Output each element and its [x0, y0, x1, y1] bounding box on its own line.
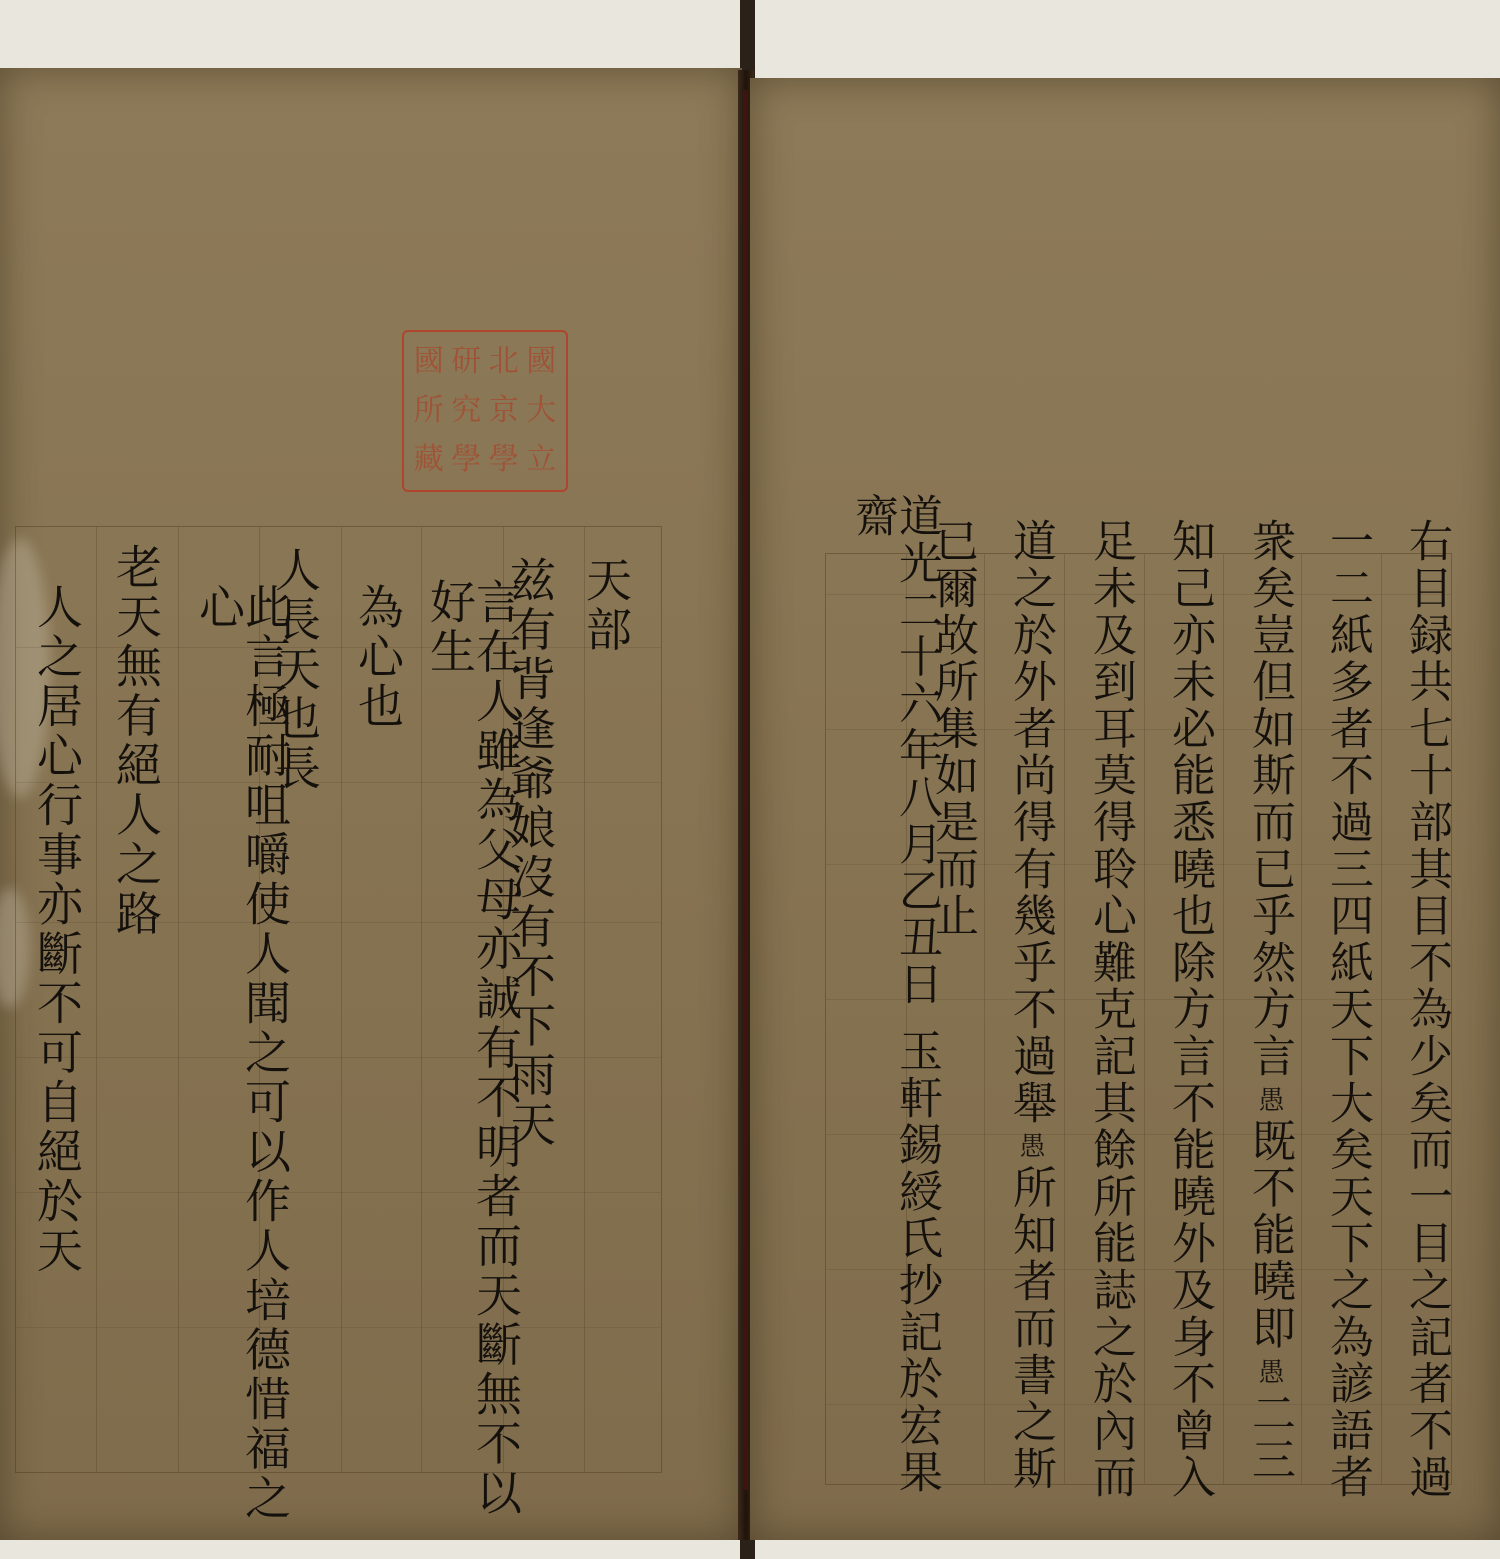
seal-char: 藏: [410, 435, 448, 484]
text-column: 足未及到耳莫得聆心難克記其餘所能誌之於內而: [1088, 518, 1132, 1501]
text-column: 老天無有絕人之路: [113, 543, 159, 939]
colophon-column: 道光二十六年八月乙丑日玉軒錫綬氏抄記於宏果齋: [850, 493, 938, 1540]
text-column: 衆矣豈但如斯而已乎然方言愚既不能曉即愚二三: [1247, 518, 1291, 1483]
seal-char: 研: [448, 338, 486, 387]
text-segment: 所知者而書之斯: [1005, 1164, 1056, 1492]
seal-char: 北: [485, 338, 523, 387]
text-column: 知己亦未必能悉曉也除方言不能曉外及身不曾入: [1167, 518, 1211, 1501]
liner-paper-bottom-left: [0, 1540, 740, 1559]
text-column: 道之於外者尚得有幾乎不過舉愚所知者而書之斯: [1008, 518, 1052, 1492]
seal-char: 大: [523, 387, 561, 436]
text-column: 一二紙多者不過三四紙天下大矣天下之為諺語者: [1325, 518, 1369, 1501]
text-column: 為心也: [355, 583, 401, 732]
collector-seal: 國 研 北 國 所 究 京 大 藏 學 學 立: [402, 330, 568, 492]
liner-paper-bottom-right: [755, 1540, 1500, 1559]
text-segment: 道之於外者尚得有幾乎不過舉: [1005, 518, 1056, 1126]
seal-char: 立: [523, 435, 561, 484]
self-reference-note: 愚: [1254, 1086, 1284, 1112]
text-segment: 二三: [1244, 1390, 1295, 1484]
left-page: 國 研 北 國 所 究 京 大 藏 學 學 立: [0, 68, 742, 1540]
book-spread: 國 研 北 國 所 究 京 大 藏 學 學 立: [0, 0, 1500, 1559]
seal-char: 學: [485, 435, 523, 484]
seal-char: 究: [448, 387, 486, 436]
liner-paper-top-left: [0, 0, 740, 70]
right-page: 右目録共七十部其目不為少矣而一目之記者不過 一二紙多者不過三四紙天下大矣天下之為…: [750, 78, 1500, 1540]
seal-char: 京: [485, 387, 523, 436]
liner-paper-top-right: [755, 0, 1500, 80]
text-column-heading: 天部: [583, 556, 629, 655]
text-column: 人之居心行事亦斷不可自絕於天: [34, 583, 80, 1276]
seal-char: 國: [410, 338, 448, 387]
seal-char: 所: [410, 387, 448, 436]
text-segment: 既不能曉即: [1244, 1118, 1295, 1352]
text-column: 此言極耐咀嚼使人聞之可以作人培德惜福之心: [196, 583, 288, 1540]
text-segment: 衆矣豈但如斯而已乎然方言: [1244, 518, 1295, 1080]
colophon-date: 道光二十六年八月乙丑日: [891, 493, 942, 1008]
seal-char: 國: [523, 338, 561, 387]
text-column: 言在人雖為父母亦誠有不明者而天斷無不以好生: [427, 578, 519, 1540]
seal-char: 學: [448, 435, 486, 484]
self-reference-note: 愚: [1015, 1132, 1045, 1158]
self-reference-note: 愚: [1254, 1358, 1284, 1384]
text-column: 右目録共七十部其目不為少矣而一目之記者不過: [1404, 518, 1448, 1501]
